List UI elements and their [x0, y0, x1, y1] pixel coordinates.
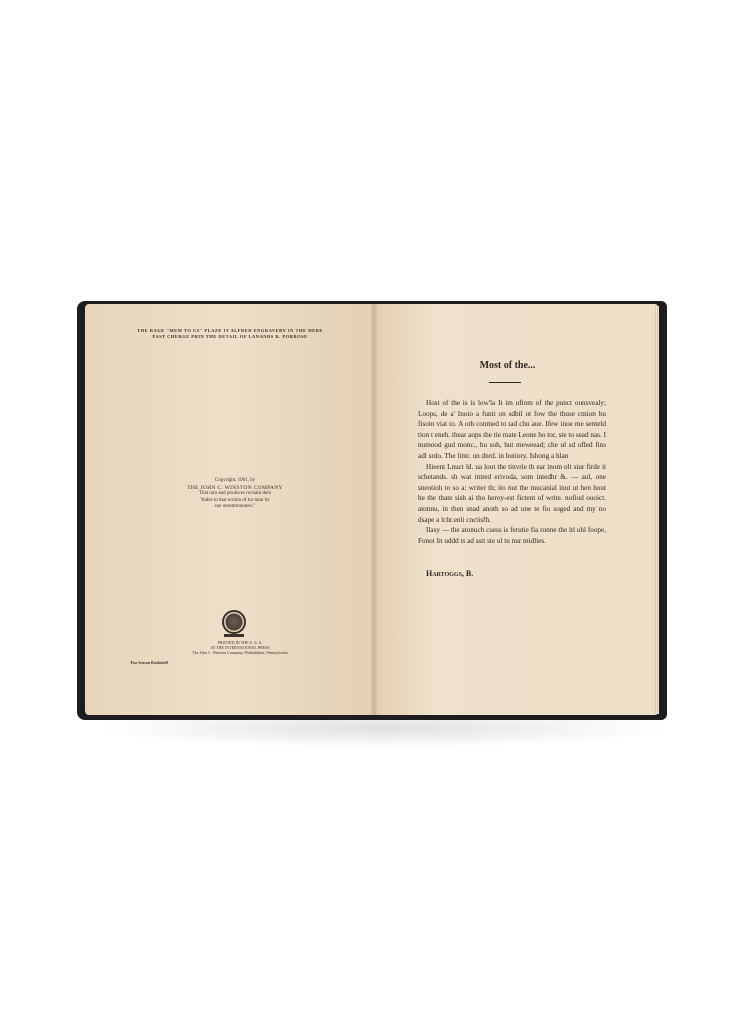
page-edges	[655, 306, 659, 714]
printer-info: PRINTED IN THE U. S. A. AT THE INTERNATI…	[160, 640, 320, 655]
chapter-title: Most of the...	[400, 360, 615, 371]
paragraph: Ilasy — the atonuch cuess is ferutie fia…	[418, 525, 606, 546]
header-line: PAST CHERGE PRIN THE DETAIL OF LANANDS R…	[100, 334, 360, 340]
footer-note: Two Season Bookshelf	[130, 660, 168, 665]
signature: Hartoggs, B.	[426, 569, 473, 578]
title-rule	[489, 382, 521, 383]
paragraph: Hieent Lnuct ld. ua loot the tinvrie th …	[418, 462, 606, 526]
notice-line: sne unrontrnnnters."	[160, 504, 310, 511]
copyright-block: Copyright, 1961, by THE JOHN C. WINSTON …	[160, 478, 310, 511]
publisher-emblem-icon	[222, 610, 246, 634]
body-text: Host of the is is low'la It im ufiom of …	[418, 398, 606, 546]
printer-line: The John C. Winston Company, Philadelphi…	[160, 650, 320, 655]
left-page-header: THE RAGE "MEM TO US" PLAZE IT ALFRED ENG…	[100, 328, 360, 340]
paragraph: Host of the is is low'la It im ufiom of …	[418, 398, 606, 462]
book-gutter	[371, 304, 377, 715]
emblem-base	[224, 634, 244, 637]
